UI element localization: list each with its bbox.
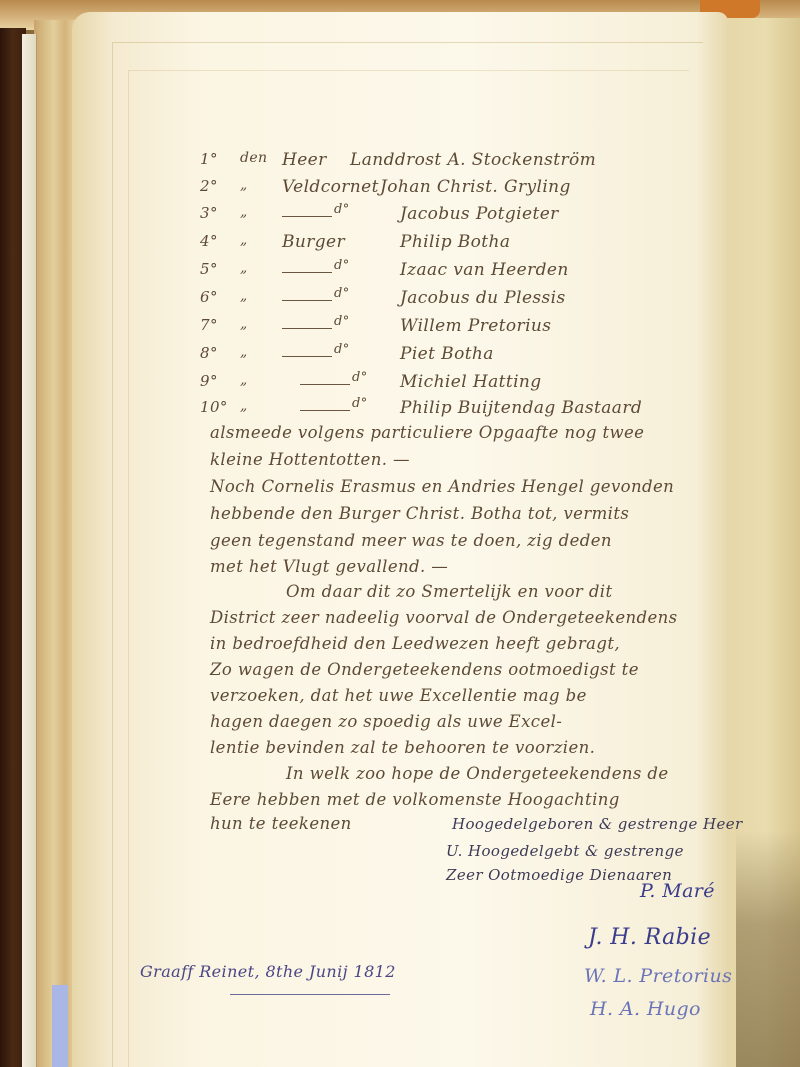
list-item: 8° „ d° Piet Botha: [200, 344, 740, 368]
item-ditto-mark: d°: [334, 286, 350, 301]
signature: W. L. Pretorius: [584, 965, 732, 987]
page-shadow: [736, 830, 800, 1067]
blue-page-edge: [52, 985, 68, 1067]
item-name: Willem Pretorius: [400, 316, 551, 336]
item-title: Heer: [282, 150, 327, 170]
item-ditto: „: [240, 232, 248, 248]
ditto-line: [300, 384, 350, 385]
item-number: 6°: [200, 288, 218, 306]
item-title: Burger: [282, 232, 345, 252]
ditto-line: [282, 328, 332, 329]
item-ditto-mark: d°: [352, 396, 368, 411]
item-ditto: „: [240, 204, 248, 220]
text-line: hun te teekenen: [210, 814, 352, 833]
item-ditto: „: [240, 316, 248, 332]
text-line: Noch Cornelis Erasmus en Andries Hengel …: [210, 477, 674, 496]
closing-line: Hoogedelgeboren & gestrenge Heer: [452, 815, 743, 833]
item-number: 8°: [200, 344, 218, 362]
ditto-line: [282, 356, 332, 357]
item-ditto-mark: d°: [334, 342, 350, 357]
list-item: 5° „ d° Izaac van Heerden: [200, 260, 740, 284]
closing-line: U. Hoogedelgebt & gestrenge: [446, 842, 684, 860]
text-line: geen tegenstand meer was te doen, zig de…: [210, 531, 612, 550]
page-edge-strip: [22, 34, 37, 1067]
item-ditto-mark: d°: [334, 314, 350, 329]
ditto-line: [282, 216, 332, 217]
text-line: hagen daegen zo spoedig als uwe Excel-: [210, 712, 562, 731]
text-line: verzoeken, dat het uwe Excellentie mag b…: [210, 686, 587, 705]
ditto-line: [282, 300, 332, 301]
item-ditto: „: [240, 260, 248, 276]
item-ditto: „: [240, 344, 248, 360]
date-underline: [230, 994, 390, 995]
list-item: 9° „ d° Michiel Hatting: [200, 372, 740, 396]
signature: P. Maré: [640, 880, 715, 902]
item-ditto: „: [240, 398, 248, 414]
text-line: in bedroefdheid den Leedwezen heeft gebr…: [210, 634, 620, 653]
item-name: Johan Christ. Gryling: [380, 177, 571, 197]
list-item: 7° „ d° Willem Pretorius: [200, 316, 740, 340]
item-ditto: „: [240, 372, 248, 388]
item-title: Veldcornet: [282, 177, 379, 197]
item-number: 3°: [200, 204, 218, 222]
item-number: 10°: [200, 398, 228, 416]
list-item: 4° „ Burger Philip Botha: [200, 232, 740, 256]
item-number: 9°: [200, 372, 218, 390]
text-line: lentie bevinden zal te behooren te voorz…: [210, 738, 595, 757]
item-ditto: „: [240, 177, 248, 193]
item-ditto-mark: d°: [352, 370, 368, 385]
ditto-line: [300, 410, 350, 411]
text-line: hebbende den Burger Christ. Botha tot, v…: [210, 504, 629, 523]
item-number: 4°: [200, 232, 218, 250]
item-number: 1°: [200, 150, 218, 168]
item-ditto-mark: d°: [334, 202, 350, 217]
document-photo: 1° den Heer Landdrost A. Stockenström 2°…: [0, 0, 800, 1067]
item-ditto: „: [240, 288, 248, 304]
signature: H. A. Hugo: [590, 998, 701, 1020]
item-number: 5°: [200, 260, 218, 278]
item-name: Philip Botha: [400, 232, 510, 252]
text-line: District zeer nadeelig voorval de Onderg…: [210, 608, 678, 627]
text-line: Eere hebben met de volkomenste Hoogachti…: [210, 790, 620, 809]
item-name: Jacobus Potgieter: [400, 204, 559, 224]
item-name: Landdrost A. Stockenström: [350, 150, 596, 170]
signature: J. H. Rabie: [588, 925, 711, 950]
text-line: met het Vlugt gevallend. —: [210, 557, 448, 576]
text-line: In welk zoo hope de Ondergeteekendens de: [286, 764, 669, 783]
closing-line: Zeer Ootmoedige Dienaaren: [446, 866, 672, 884]
list-item: 3° „ d° Jacobus Potgieter: [200, 204, 740, 228]
list-item: 2° „ Veldcornet Johan Christ. Gryling: [200, 177, 740, 201]
list-item: 10° „ d° Philip Buijtendag Bastaard: [200, 398, 740, 422]
item-number: 7°: [200, 316, 218, 334]
item-name: Piet Botha: [400, 344, 494, 364]
text-line: kleine Hottentotten. —: [210, 450, 410, 469]
item-name: Jacobus du Plessis: [400, 288, 566, 308]
item-name: Philip Buijtendag Bastaard: [400, 398, 642, 418]
item-number: 2°: [200, 177, 218, 195]
text-line: alsmeede volgens particuliere Opgaafte n…: [210, 423, 644, 442]
item-ditto-mark: d°: [334, 258, 350, 273]
text-line: Zo wagen de Ondergeteekendens ootmoedigs…: [210, 660, 639, 679]
item-name: Izaac van Heerden: [400, 260, 569, 280]
list-item: 1° den Heer Landdrost A. Stockenström: [200, 150, 740, 174]
item-name: Michiel Hatting: [400, 372, 542, 392]
place-date-line: Graaff Reinet, 8the Junij 1812: [140, 962, 396, 981]
item-article: den: [240, 150, 267, 166]
text-line: Om daar dit zo Smertelijk en voor dit: [286, 582, 613, 601]
list-item: 6° „ d° Jacobus du Plessis: [200, 288, 740, 312]
ditto-line: [282, 272, 332, 273]
